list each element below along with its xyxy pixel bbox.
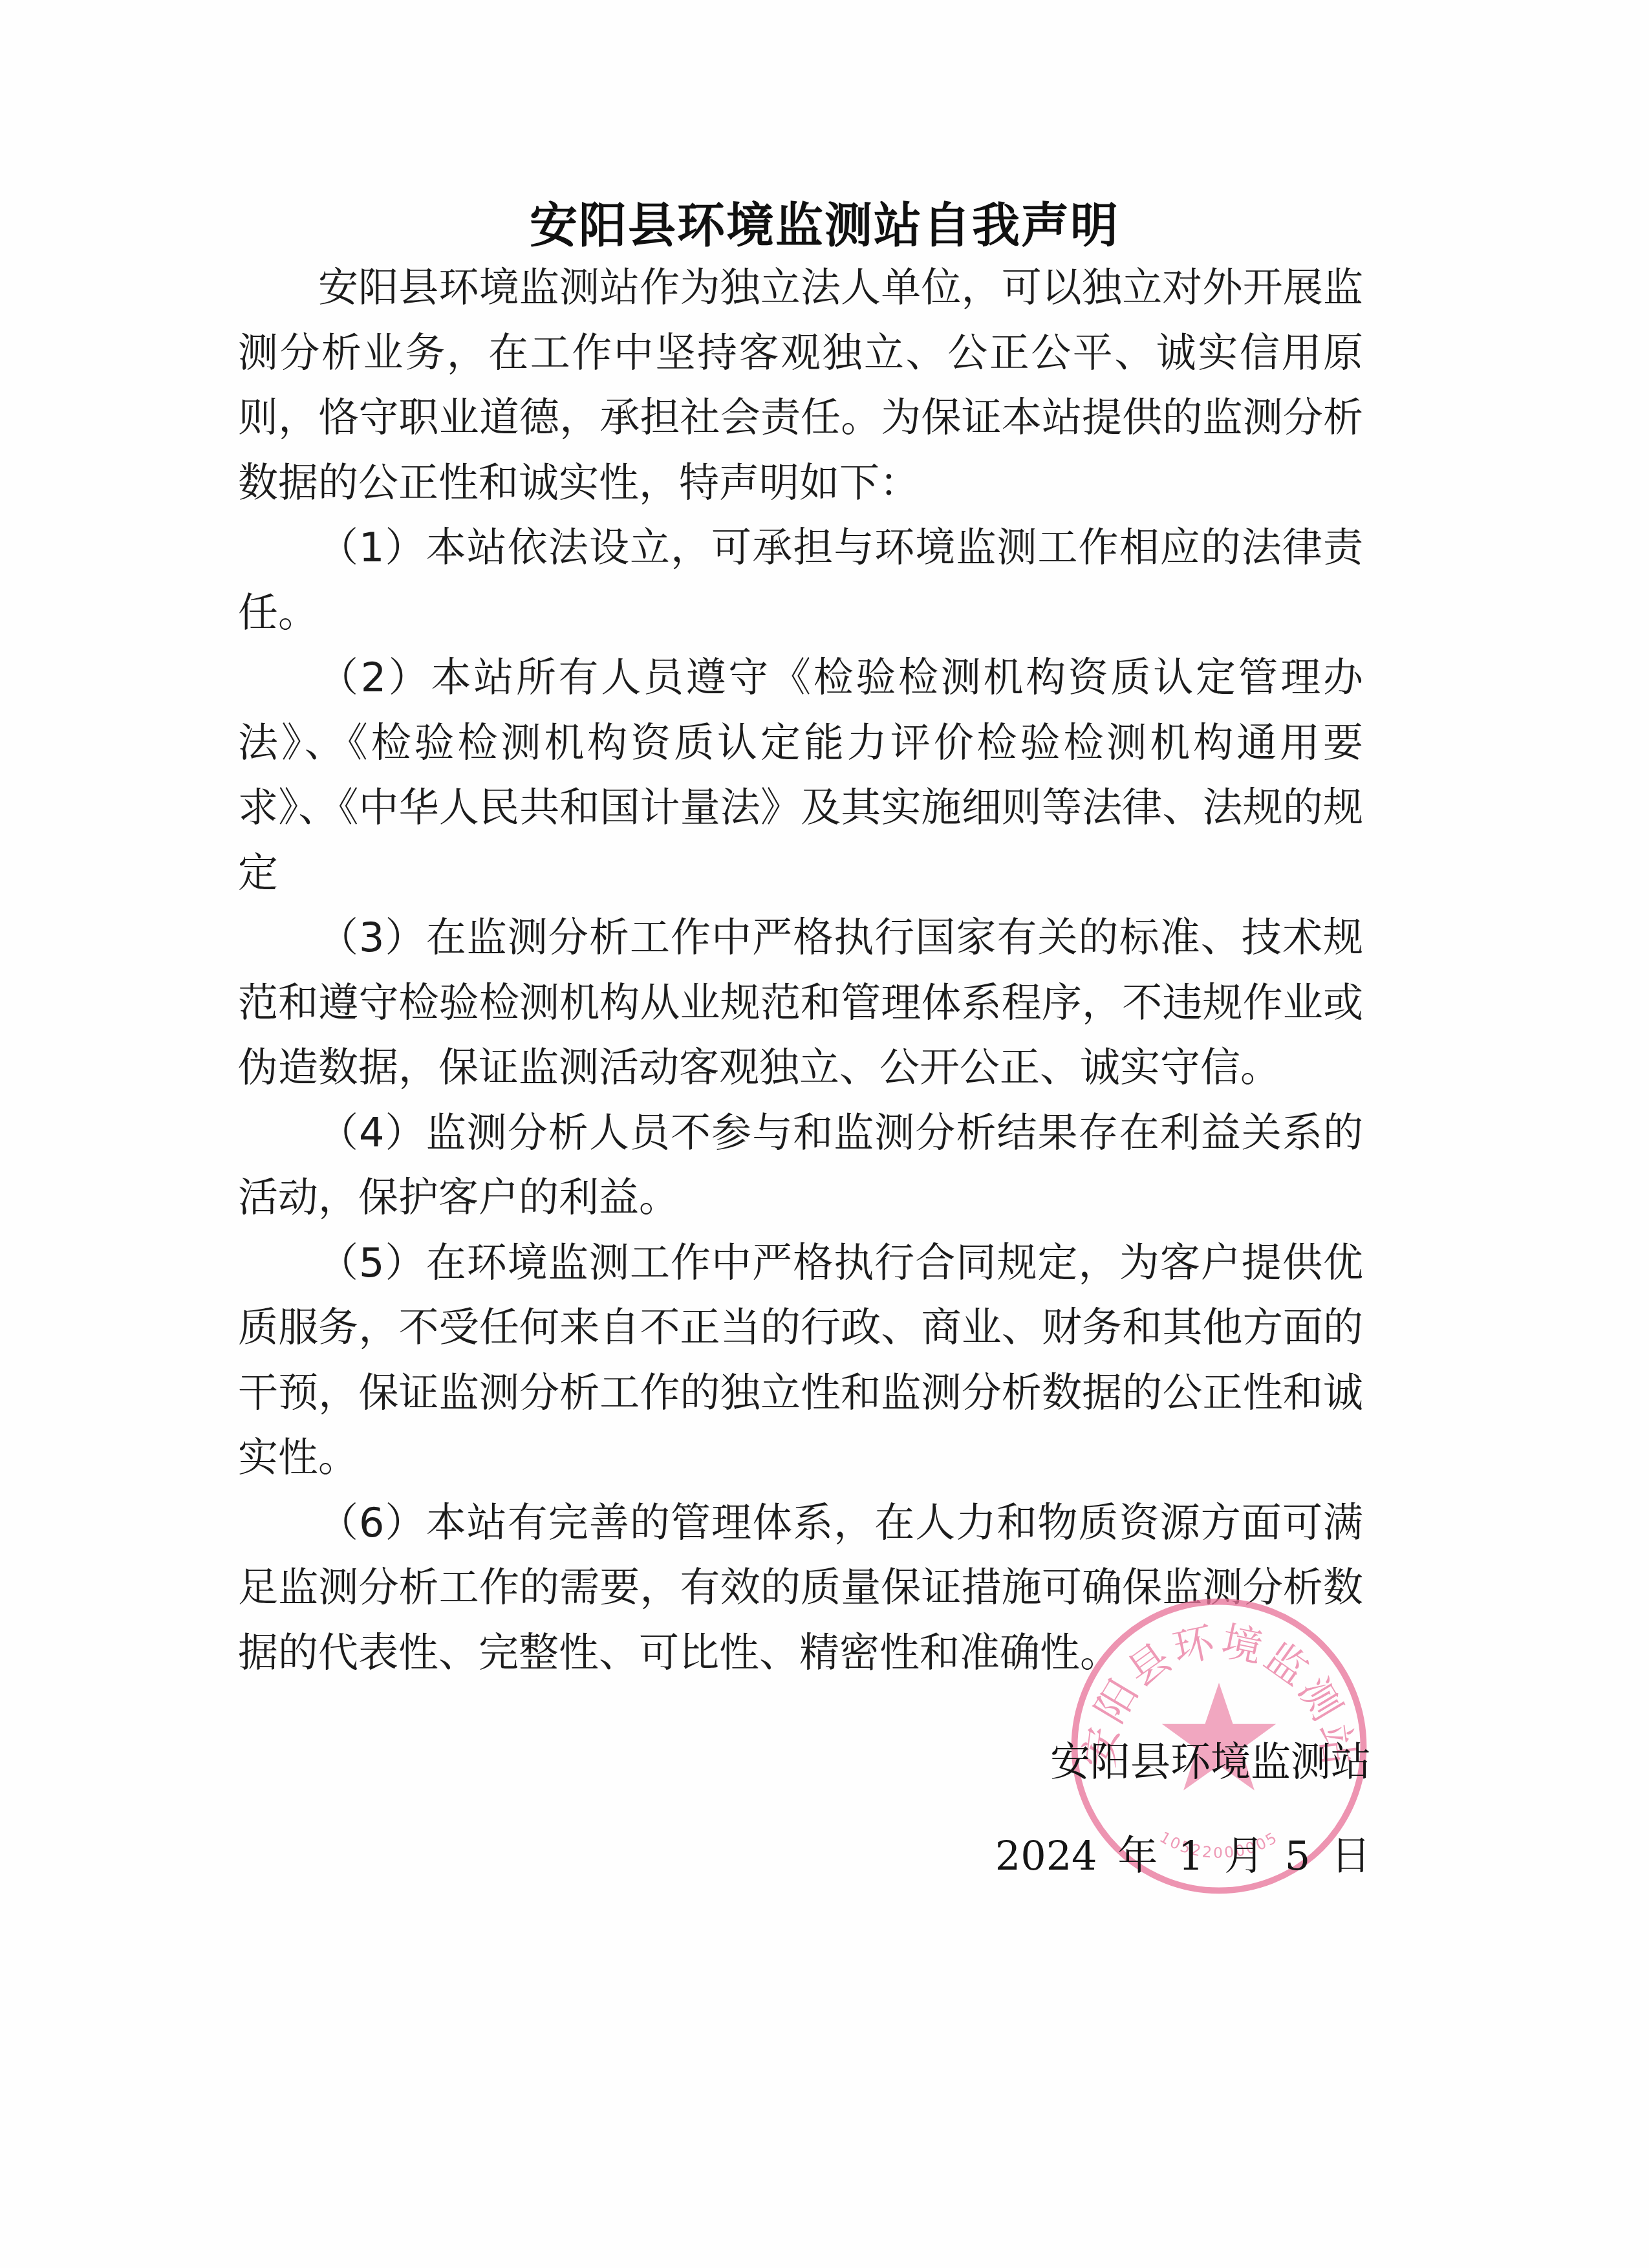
intro-paragraph: 安阳县环境监测站作为独立法人单位，可以独立对外开展监测分析业务，在工作中坚持客观… [238, 255, 1363, 515]
signing-organization: 安阳县环境监测站 [1050, 1740, 1371, 1785]
document-body: 安阳县环境监测站作为独立法人单位，可以独立对外开展监测分析业务，在工作中坚持客观… [238, 255, 1363, 1685]
signing-date: 2024 年 1 月 5 日 [995, 1833, 1371, 1879]
clause-1: （1）本站依法设立，可承担与环境监测工作相应的法律责任。 [238, 515, 1363, 645]
clause-5: （5）在环境监测工作中严格执行合同规定，为客户提供优质服务，不受任何来自不正当的… [238, 1231, 1363, 1491]
clause-3: （3）在监测分析工作中严格执行国家有关的标准、技术规范和遵守检验检测机构从业规范… [238, 905, 1363, 1101]
document-page: 安阳县环境监测站自我声明 安阳县环境监测站作为独立法人单位，可以独立对外开展监测… [0, 0, 1649, 2268]
clause-2: （2）本站所有人员遵守《检验检测机构资质认定管理办法》、《检验检测机构资质认定能… [238, 645, 1363, 905]
document-title: 安阳县环境监测站自我声明 [0, 188, 1649, 256]
clause-4: （4）监测分析人员不参与和监测分析结果存在利益关系的活动，保护客户的利益。 [238, 1101, 1363, 1231]
